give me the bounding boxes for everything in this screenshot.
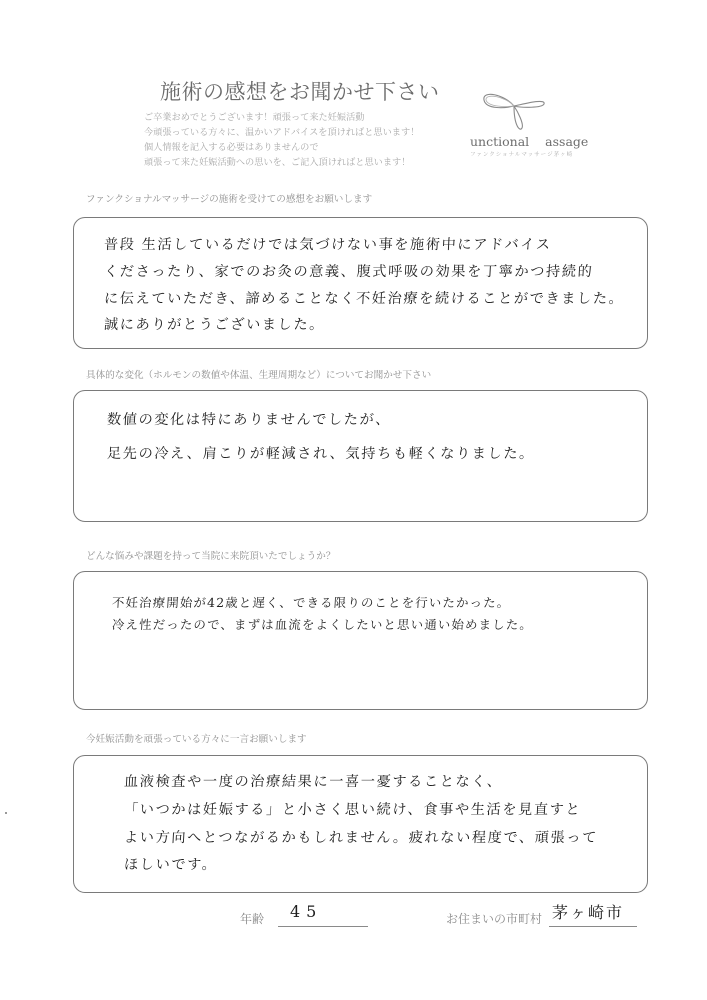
age-underline [278,926,368,927]
answer-box-concerns[interactable]: 不妊治療開始が42歳と遅く、できる限りのことを行いたかった。 冷え性だったので、… [73,571,648,710]
city-underline [549,926,637,927]
ribbon-infinity-icon [478,86,550,134]
answer-line: 誠にありがとうございました。 [103,314,325,334]
answer-line: 「いつかは妊娠する」と小さく思い続け、食事や生活を見直すと [123,799,581,819]
intro-line: 今頑張っている方々に、温かいアドバイスを頂ければと思います！ [144,125,419,140]
answer-line: 冷え性だったので、まずは血流をよくしたいと思い通い始めました。 [112,615,534,633]
answer-line: くださったり、家でのお灸の意義、腹式呼吸の効果を丁寧かつ持続的 [103,261,593,281]
intro-line: 頑張って来た妊娠活動への思いを、ご記入頂ければと思います！ [144,155,419,170]
section-label-concerns: どんな悩みや課題を持って当院に来院頂いたでしょうか？ [86,548,335,562]
page-title: 施術の感想をお聞かせ下さい [160,76,440,106]
answer-line: に伝えていただき、諦めることなく不妊治療を続けることができました。 [103,288,624,308]
answer-line: 血液検査や一度の治療結果に一喜一憂することなく、 [123,771,503,791]
intro-line: 個人情報を記入する必要はありませんので [144,140,419,155]
answer-line: 普段 生活しているだけでは気づけない事を施術中にアドバイス [103,234,552,254]
answer-line: よい方向へとつながるかもしれません。疲れない程度で、頑張って [123,827,598,847]
answer-line: 足先の冷え、肩こりが軽減され、気持ちも軽くなりました。 [106,443,535,463]
answer-line: 数値の変化は特にありませんでしたが、 [106,409,391,429]
brand-logo: unctionalassage ファンクショナルマッサージ茅ヶ崎 [470,86,600,164]
age-value[interactable]: 45 [290,902,322,921]
intro-line: ご卒業おめでとうございます！頑張って来た妊娠活動 [144,110,419,125]
answer-box-changes[interactable]: 数値の変化は特にありませんでしたが、 足先の冷え、肩こりが軽減され、気持ちも軽く… [73,390,648,522]
city-value[interactable]: 茅ヶ崎市 [552,900,624,923]
city-label: お住まいの市町村 [446,910,542,927]
section-label-impressions: ファンクショナルマッサージの施術を受けての感想をお願いします [86,191,372,205]
answer-box-message[interactable]: 血液検査や一度の治療結果に一喜一憂することなく、 「いつかは妊娠する」と小さく思… [73,755,648,893]
logo-wordmark: unctionalassage [470,134,588,149]
answer-box-impressions[interactable]: 普段 生活しているだけでは気づけない事を施術中にアドバイス くださったり、家での… [73,217,648,349]
answer-line: ほしいです。 [123,854,218,874]
section-label-changes: 具体的な変化（ホルモンの数値や体温、生理周期など）についてお聞かせ下さい [86,367,431,381]
stray-mark [5,812,7,814]
logo-subtitle: ファンクショナルマッサージ茅ヶ崎 [470,150,573,158]
age-label: 年齢 [240,910,264,927]
section-label-message: 今妊娠活動を頑張っている方々に一言お願いします [86,731,307,745]
answer-line: 不妊治療開始が42歳と遅く、できる限りのことを行いたかった。 [112,593,511,611]
intro-text: ご卒業おめでとうございます！頑張って来た妊娠活動 今頑張っている方々に、温かいア… [144,110,419,170]
